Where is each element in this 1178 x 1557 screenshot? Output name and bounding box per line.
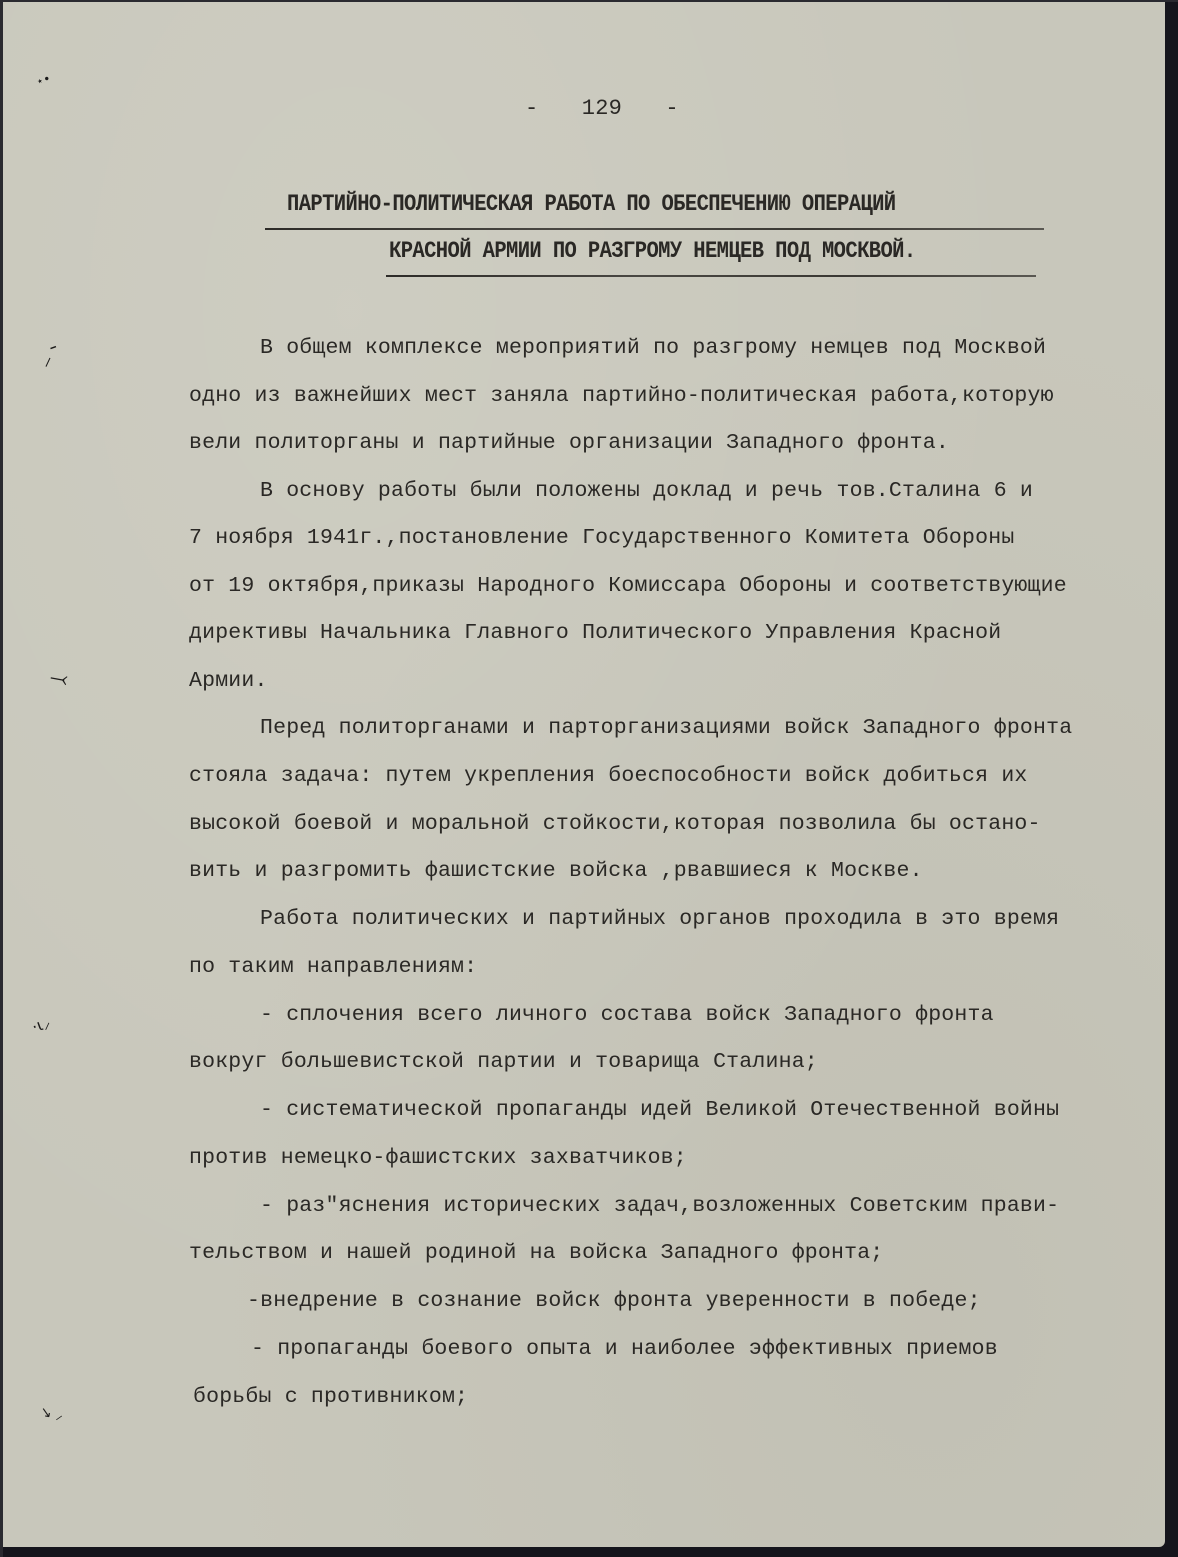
body-text-line: директивы Начальника Главного Политическ… xyxy=(189,623,1001,645)
list-item: - пропаганды боевого опыта и наиболее эф… xyxy=(251,1339,998,1361)
body-text-line: стояла задача: путем укрепления боеспосо… xyxy=(189,766,1028,788)
binder-hole-mark-icon: ⋆• xyxy=(35,72,52,87)
document-page: ⋆• ⸝ˉ ⤙ ·ɩ⸝ ↘ ⸝ - 129 - ПАРТИЙНО-ПОЛИТИЧ… xyxy=(0,0,1165,1547)
document-title-line-1: ПАРТИЙНО-ПОЛИТИЧЕСКАЯ РАБОТА ПО ОБЕСПЕЧЕ… xyxy=(287,194,896,218)
list-item-continuation: тельством и нашей родиной на войска Запа… xyxy=(189,1243,883,1265)
title-underline xyxy=(386,275,1036,277)
body-text-line: от 19 октября,приказы Народного Комиссар… xyxy=(189,576,1067,598)
list-item-continuation: борьбы с противником; xyxy=(193,1387,468,1409)
binder-hole-mark-icon: ⤙ xyxy=(48,667,69,692)
body-text-line: В основу работы были положены доклад и р… xyxy=(260,481,1033,503)
body-text-line: Армии. xyxy=(189,671,268,693)
list-item: -внедрение в сознание войск фронта увере… xyxy=(247,1291,981,1313)
body-text-line: 7 ноября 1941г.,постановление Государств… xyxy=(189,528,1014,550)
binder-hole-mark-icon: ·ɩ⸝ xyxy=(30,1014,53,1035)
list-item-continuation: против немецко-фашистских захватчиков; xyxy=(189,1148,687,1170)
body-text-line: по таким направлениям: xyxy=(189,957,477,979)
document-title-line-2: КРАСНОЙ АРМИИ ПО РАЗГРОМУ НЕМЦЕВ ПОД МОС… xyxy=(389,241,916,265)
scan-border-top xyxy=(0,0,1178,2)
scan-border-left xyxy=(0,0,3,1557)
body-text-line: высокой боевой и моральной стойкости,кот… xyxy=(189,814,1041,836)
list-item: - раз"яснения исторических задач,возложе… xyxy=(260,1196,1059,1218)
list-item: - сплочения всего личного состава войск … xyxy=(260,1005,994,1027)
binder-hole-mark-icon: ⸝ˉ xyxy=(38,343,64,369)
body-text-line: Работа политических и партийных органов … xyxy=(260,909,1059,931)
title-underline xyxy=(265,228,1044,230)
body-text-line: Перед политорганами и парторганизациями … xyxy=(260,718,1072,740)
body-text-line: В общем комплексе мероприятий по разгром… xyxy=(260,338,1046,360)
list-item-continuation: вокруг большевистской партии и товарища … xyxy=(189,1052,818,1074)
binder-hole-mark-icon: ↘ ⸝ xyxy=(39,1405,64,1423)
body-text-line: одно из важнейших мест заняла партийно-п… xyxy=(189,386,1054,408)
list-item: - систематической пропаганды идей Велико… xyxy=(260,1100,1059,1122)
page-number: - 129 - xyxy=(525,98,679,120)
body-text-line: вить и разгромить фашистские войска ,рва… xyxy=(189,861,923,883)
body-text-line: вели политорганы и партийные организации… xyxy=(189,433,949,455)
